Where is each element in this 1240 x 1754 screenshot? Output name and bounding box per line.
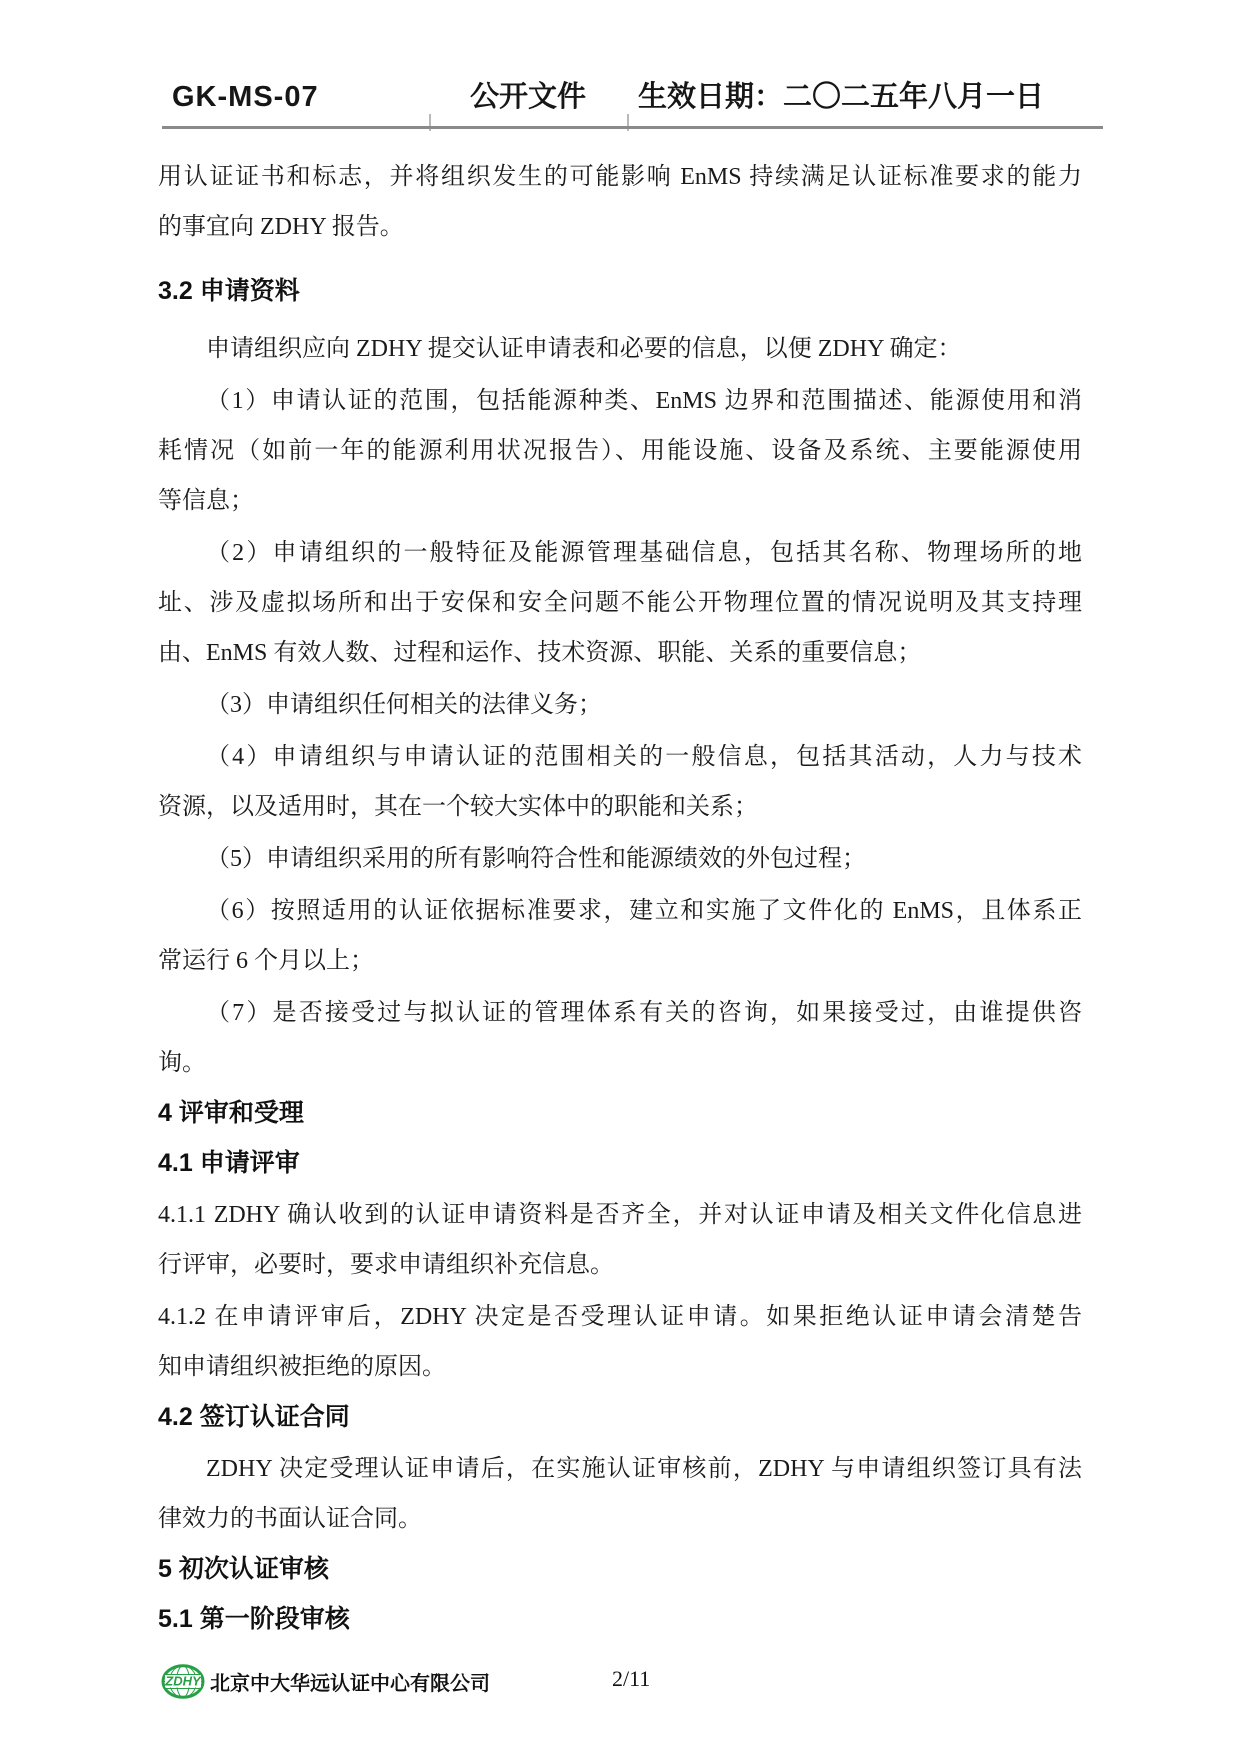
paragraph: （7）是否接受过与拟认证的管理体系有关的咨询，如果接受过，由谁提供咨询。 <box>158 988 1082 1088</box>
doc-classification: 公开文件 <box>429 80 627 114</box>
body-text-line: （6）按照适用的认证依据标准要求，建立和实施了文件化的 EnMS，且体系正 <box>158 886 1082 936</box>
body-text-line: 资源，以及适用时，其在一个较大实体中的职能和关系； <box>158 782 1082 832</box>
doc-code: GK-MS-07 <box>172 80 319 114</box>
paragraph: （2）申请组织的一般特征及能源管理基础信息，包括其名称、物理场所的地址、涉及虚拟… <box>158 528 1082 678</box>
heading-line: 4.2 签订认证合同 <box>158 1392 1082 1442</box>
zdhy-globe-logo: ZDHY <box>161 1663 205 1700</box>
section-heading: 3.2 申请资料 <box>158 266 1082 316</box>
body-text-line: 4.1.2 在申请评审后，ZDHY 决定是否受理认证申请。如果拒绝认证申请会清楚… <box>158 1292 1082 1342</box>
body-text-line: （4）申请组织与申请认证的范围相关的一般信息，包括其活动，人力与技术 <box>158 732 1082 782</box>
paragraph: ZDHY 决定受理认证申请后，在实施认证审核前，ZDHY 与申请组织签订具有法律… <box>158 1444 1082 1544</box>
section-heading: 4 评审和受理 <box>158 1088 1082 1138</box>
body-text-line: 申请组织应向 ZDHY 提交认证申请表和必要的信息，以便 ZDHY 确定： <box>158 324 1082 374</box>
page-number: 2/11 <box>612 1666 650 1692</box>
section-heading: 5.1 第一阶段审核 <box>158 1594 1082 1644</box>
body-text-line: （3）申请组织任何相关的法律义务； <box>158 680 1082 730</box>
document-page: GK-MS-07 公开文件 生效日期：二〇二五年八月一日 用认证证书和标志，并将… <box>0 0 1240 1754</box>
header-rule <box>162 126 1103 129</box>
paragraph: 用认证证书和标志，并将组织发生的可能影响 EnMS 持续满足认证标准要求的能力的… <box>158 152 1082 252</box>
body-text-line: （2）申请组织的一般特征及能源管理基础信息，包括其名称、物理场所的地 <box>158 528 1082 578</box>
section-heading: 4.1 申请评审 <box>158 1138 1082 1188</box>
heading-line: 5.1 第一阶段审核 <box>158 1594 1082 1644</box>
paragraph: 4.1.2 在申请评审后，ZDHY 决定是否受理认证申请。如果拒绝认证申请会清楚… <box>158 1292 1082 1392</box>
logo-text: ZDHY <box>164 1674 202 1689</box>
body-text-line: 知申请组织被拒绝的原因。 <box>158 1342 1082 1392</box>
body-text-line: 等信息； <box>158 476 1082 526</box>
paragraph: （5）申请组织采用的所有影响符合性和能源绩效的外包过程； <box>158 834 1082 884</box>
heading-line: 4 评审和受理 <box>158 1088 1082 1138</box>
body-text-line: 行评审，必要时，要求申请组织补充信息。 <box>158 1240 1082 1290</box>
heading-line: 4.1 申请评审 <box>158 1138 1082 1188</box>
heading-line: 5 初次认证审核 <box>158 1544 1082 1594</box>
body-text-line: （1）申请认证的范围，包括能源种类、EnMS 边界和范围描述、能源使用和消 <box>158 376 1082 426</box>
heading-line: 3.2 申请资料 <box>158 266 1082 316</box>
body-text-line: 律效力的书面认证合同。 <box>158 1494 1082 1544</box>
doc-effective-date: 生效日期：二〇二五年八月一日 <box>638 80 1044 114</box>
section-heading: 5 初次认证审核 <box>158 1544 1082 1594</box>
paragraph: （4）申请组织与申请认证的范围相关的一般信息，包括其活动，人力与技术资源，以及适… <box>158 732 1082 832</box>
body-text-line: （5）申请组织采用的所有影响符合性和能源绩效的外包过程； <box>158 834 1082 884</box>
body-text-line: 询。 <box>158 1038 1082 1088</box>
paragraph: （1）申请认证的范围，包括能源种类、EnMS 边界和范围描述、能源使用和消耗情况… <box>158 376 1082 526</box>
paragraph: 4.1.1 ZDHY 确认收到的认证申请资料是否齐全，并对认证申请及相关文件化信… <box>158 1190 1082 1290</box>
body-text-line: ZDHY 决定受理认证申请后，在实施认证审核前，ZDHY 与申请组织签订具有法 <box>158 1444 1082 1494</box>
body-text-line: 用认证证书和标志，并将组织发生的可能影响 EnMS 持续满足认证标准要求的能力 <box>158 152 1082 202</box>
body-text-line: 址、涉及虚拟场所和出于安保和安全问题不能公开物理位置的情况说明及其支持理 <box>158 578 1082 628</box>
body-text-line: （7）是否接受过与拟认证的管理体系有关的咨询，如果接受过，由谁提供咨 <box>158 988 1082 1038</box>
document-body: 用认证证书和标志，并将组织发生的可能影响 EnMS 持续满足认证标准要求的能力的… <box>158 152 1082 1644</box>
paragraph: （3）申请组织任何相关的法律义务； <box>158 680 1082 730</box>
body-text-line: 由、EnMS 有效人数、过程和运作、技术资源、职能、关系的重要信息； <box>158 628 1082 678</box>
footer-company-name: 北京中大华远认证中心有限公司 <box>210 1667 490 1696</box>
body-text-line: 的事宜向 ZDHY 报告。 <box>158 202 1082 252</box>
page-footer: ZDHY 北京中大华远认证中心有限公司 2/11 <box>0 1660 1240 1704</box>
section-heading: 4.2 签订认证合同 <box>158 1392 1082 1442</box>
paragraph: （6）按照适用的认证依据标准要求，建立和实施了文件化的 EnMS，且体系正常运行… <box>158 886 1082 986</box>
body-text-line: 4.1.1 ZDHY 确认收到的认证申请资料是否齐全，并对认证申请及相关文件化信… <box>158 1190 1082 1240</box>
body-text-line: 耗情况（如前一年的能源利用状况报告）、用能设施、设备及系统、主要能源使用 <box>158 426 1082 476</box>
body-text-line: 常运行 6 个月以上； <box>158 936 1082 986</box>
paragraph: 申请组织应向 ZDHY 提交认证申请表和必要的信息，以便 ZDHY 确定： <box>158 324 1082 374</box>
